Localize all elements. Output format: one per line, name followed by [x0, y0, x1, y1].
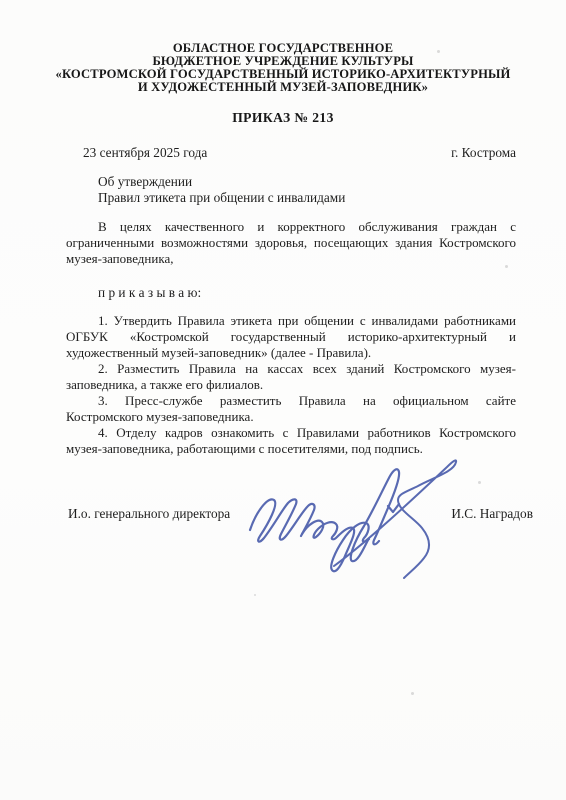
- item-1-line: 1. Утвердить Правила этикета при общении…: [66, 313, 516, 329]
- order-subject: Об утверждении Правил этикета при общени…: [98, 174, 345, 206]
- item-2-line: 2. Разместить Правила на кассах всех зда…: [66, 361, 516, 377]
- order-city: г. Кострома: [451, 145, 516, 161]
- subject-line: Правил этикета при общении с инвалидами: [98, 190, 345, 206]
- decree-word: п р и к а з ы в а ю:: [98, 285, 201, 301]
- preamble: В целях качественного и корректного обсл…: [66, 219, 516, 267]
- handwritten-signature-ink: [222, 430, 472, 590]
- signer-position: И.о. генерального директора: [68, 506, 230, 522]
- signature-stroke-initials: [250, 499, 315, 541]
- org-header: ОБЛАСТНОЕ ГОСУДАРСТВЕННОЕ БЮДЖЕТНОЕ УЧРЕ…: [0, 42, 566, 94]
- item-3-line: 3. Пресс-службе разместить Правила на оф…: [66, 393, 516, 409]
- scan-speck: [505, 265, 508, 268]
- org-name-line: БЮДЖЕТНОЕ УЧРЕЖДЕНИЕ КУЛЬТУРЫ: [0, 55, 566, 68]
- scan-speck: [478, 481, 481, 484]
- scan-speck: [411, 692, 414, 695]
- preamble-line: В целях качественного и корректного обсл…: [66, 219, 516, 235]
- scan-speck: [254, 594, 256, 596]
- org-name-line: ОБЛАСТНОЕ ГОСУДАРСТВЕННОЕ: [0, 42, 566, 55]
- preamble-line: ограниченными возможностями здоровья, по…: [66, 235, 516, 251]
- subject-line: Об утверждении: [98, 174, 345, 190]
- order-title: ПРИКАЗ № 213: [0, 110, 566, 126]
- org-name-line: «КОСТРОМСКОЙ ГОСУДАРСТВЕННЫЙ ИСТОРИКО-АР…: [0, 68, 566, 81]
- document-page: ОБЛАСТНОЕ ГОСУДАРСТВЕННОЕ БЮДЖЕТНОЕ УЧРЕ…: [0, 0, 566, 800]
- org-name-line: И ХУДОЖЕСТЕННЫЙ МУЗЕЙ-ЗАПОВЕДНИК»: [0, 81, 566, 94]
- item-1-line: ОГБУК «Костромской государственный истор…: [66, 329, 516, 345]
- item-2-line: заповедника, а также его филиалов.: [66, 377, 516, 393]
- order-date: 23 сентября 2025 года: [83, 145, 207, 161]
- scan-speck: [437, 50, 440, 53]
- item-3-line: Костромского музея-заповедника.: [66, 409, 516, 425]
- preamble-line: музея-заповедника,: [66, 251, 516, 267]
- item-1-line: художественный музей-заповедник» (далее …: [66, 345, 516, 361]
